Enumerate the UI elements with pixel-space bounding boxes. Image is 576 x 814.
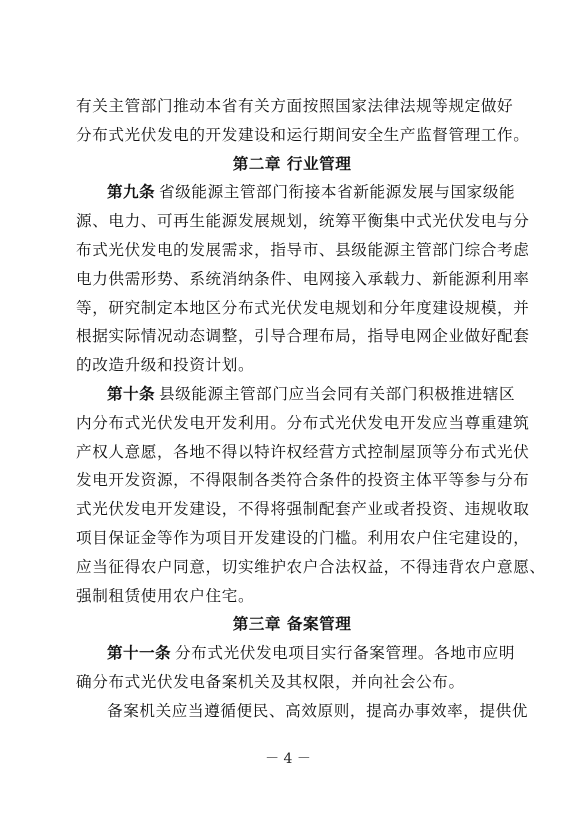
page-number: － 4 － bbox=[0, 748, 576, 768]
body-line: 项目保证金等作为项目开发建设的门槛。利用农户住宅建设的， bbox=[76, 524, 508, 553]
body-line: 确分布式光伏发电备案机关及其权限，并向社会公布。 bbox=[76, 668, 508, 697]
body-line: 分布式光伏发电的开发建设和运行期间安全生产监督管理工作。 bbox=[76, 121, 508, 150]
body-line: 布式光伏发电的发展需求，指导市、县级能源主管部门综合考虑 bbox=[76, 236, 508, 265]
body-line: 发电开发资源，不得限制各类符合条件的投资主体平等参与分布 bbox=[76, 466, 508, 495]
body-line: 的改造升级和投资计划。 bbox=[76, 351, 508, 380]
body-line: 式光伏发电开发建设，不得将强制配套产业或者投资、违规收取 bbox=[76, 495, 508, 524]
body-line: 强制租赁使用农户住宅。 bbox=[76, 582, 508, 611]
body-line: 电力供需形势、系统消纳条件、电网接入承载力、新能源利用率 bbox=[76, 265, 508, 294]
body-line: 内分布式光伏发电开发利用。分布式光伏发电开发应当尊重建筑 bbox=[76, 409, 508, 438]
body-line: 应当征得农户同意，切实维护农户合法权益，不得违背农户意愿、 bbox=[76, 553, 508, 582]
document-page: 有关主管部门推动本省有关方面按照国家法律法规等规定做好 分布式光伏发电的开发建设… bbox=[76, 92, 508, 726]
body-line: 根据实际情况动态调整，引导合理布局，指导电网企业做好配套 bbox=[76, 322, 508, 351]
article-11-first-line: 第十一条分布式光伏发电项目实行备案管理。各地市应明 bbox=[76, 639, 508, 668]
article-9-first-line: 第九条省级能源主管部门衔接本省新能源发展与国家级能 bbox=[76, 178, 508, 207]
body-text: 县级能源主管部门应当会同有关部门积极推进辖区 bbox=[159, 385, 515, 403]
chapter-heading: 第三章 备案管理 bbox=[76, 610, 508, 639]
body-text: 分布式光伏发电项目实行备案管理。各地市应明 bbox=[175, 644, 515, 662]
body-line: 有关主管部门推动本省有关方面按照国家法律法规等规定做好 bbox=[76, 92, 508, 121]
body-line: 产权人意愿，各地不得以特许权经营方式控制屋顶等分布式光伏 bbox=[76, 438, 508, 467]
body-line: 源、电力、可再生能源发展规划，统筹平衡集中式光伏发电与分 bbox=[76, 207, 508, 236]
body-line: 等，研究制定本地区分布式光伏发电规划和分年度建设规模，并 bbox=[76, 294, 508, 323]
article-label: 第十一条 bbox=[107, 644, 171, 662]
article-label: 第九条 bbox=[107, 183, 155, 201]
body-line: 备案机关应当遵循便民、高效原则，提高办事效率，提供优 bbox=[76, 697, 508, 726]
chapter-heading: 第二章 行业管理 bbox=[76, 150, 508, 179]
article-10-first-line: 第十条县级能源主管部门应当会同有关部门积极推进辖区 bbox=[76, 380, 508, 409]
article-label: 第十条 bbox=[107, 385, 155, 403]
body-text: 省级能源主管部门衔接本省新能源发展与国家级能 bbox=[159, 183, 515, 201]
